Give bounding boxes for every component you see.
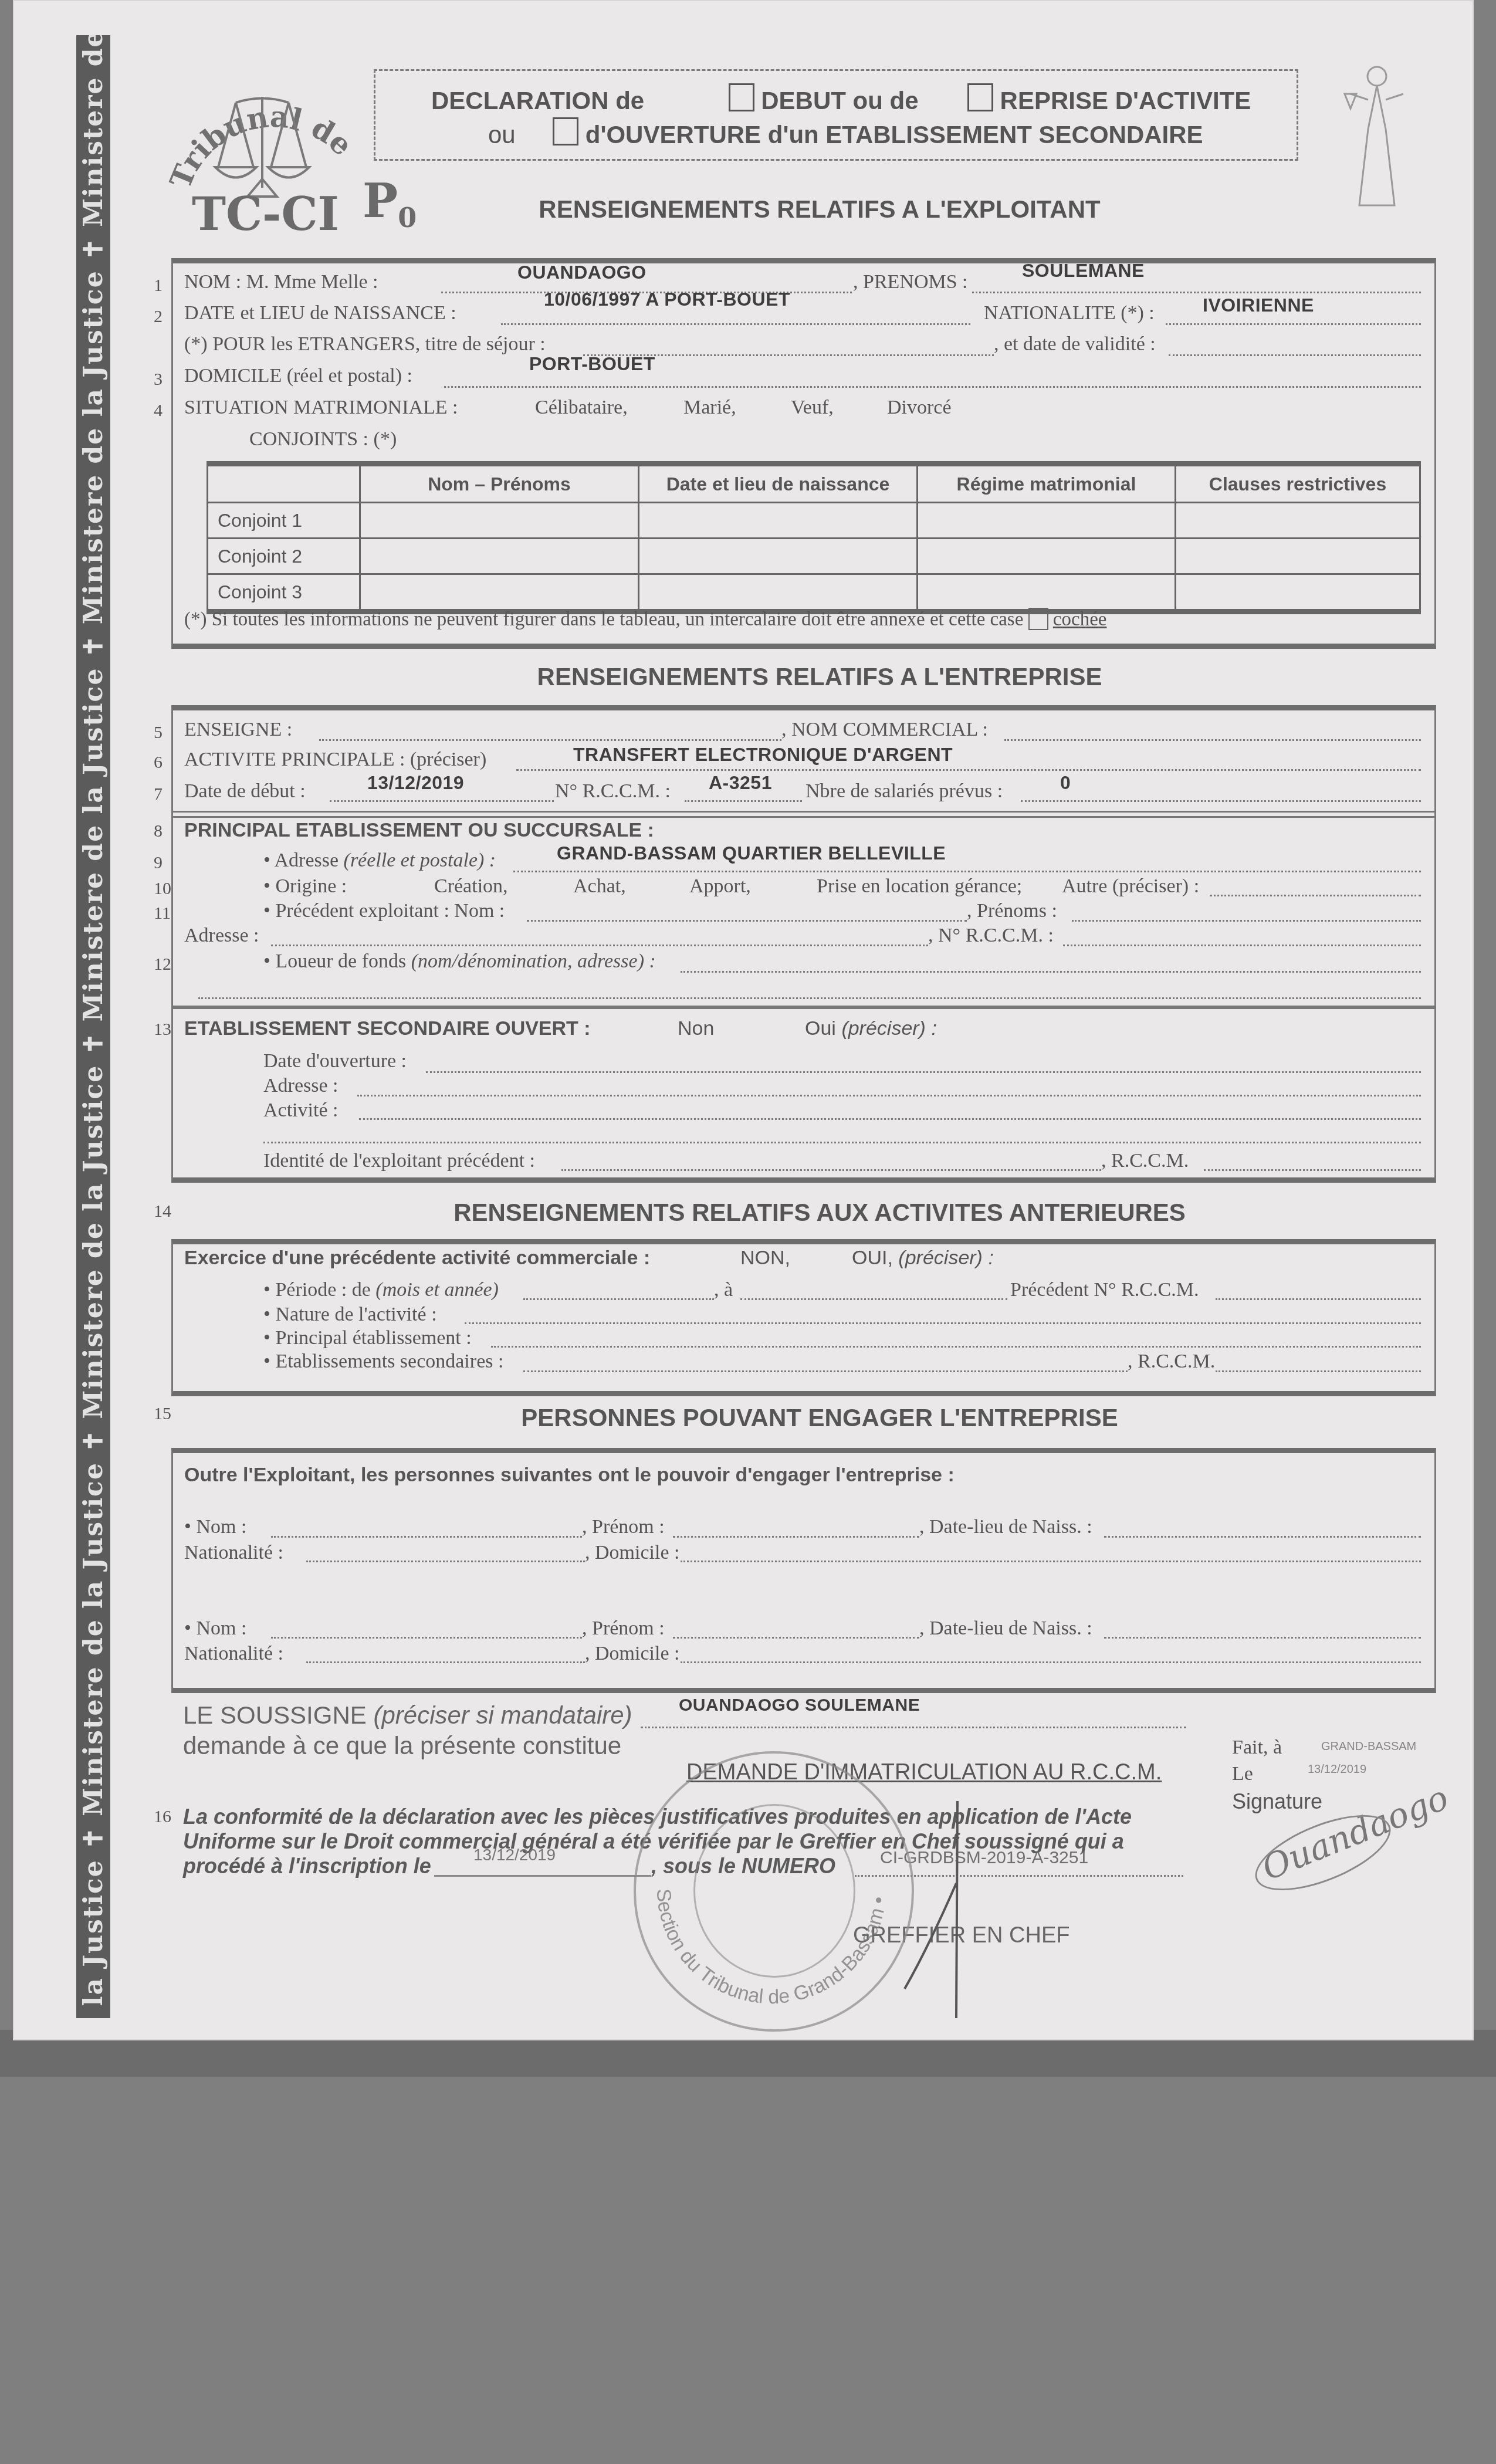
origine-location-gerance[interactable]: Prise en location gérance; [817,875,1022,898]
date-ouverture-field[interactable] [426,1071,1421,1073]
row-number: 14 [154,1201,171,1221]
declaration-or: ou [488,121,516,148]
option-marie[interactable]: Marié, [683,397,736,419]
row-number: 3 [154,370,163,390]
reprise-label: REPRISE D'ACTIVITE [1000,87,1251,114]
periode-a-field[interactable] [740,1298,1007,1300]
row-number: 6 [154,753,163,773]
principal-etab-field[interactable] [491,1346,1421,1348]
person2-nationalite-field[interactable] [306,1661,585,1663]
adresse3-label: Adresse : [263,1075,338,1097]
validite-label: , et date de validité : [994,333,1156,356]
origine-achat[interactable]: Achat, [573,875,626,898]
adresse2-label: Adresse : [184,925,259,947]
nationalite-label: NATIONALITE (*) : [984,302,1155,324]
person2-nom-label: • Nom : [184,1617,246,1640]
le-label: Le [1232,1763,1253,1785]
justice-statue-icon [1342,59,1412,211]
debut-label: DEBUT ou de [761,87,918,114]
secondaires-rccm-label: , R.C.C.M. [1128,1351,1215,1373]
identite-field[interactable] [561,1169,1101,1171]
nom-value: OUANDAOGO [517,262,647,283]
person2-naiss-field[interactable] [1104,1637,1421,1639]
date-ouverture-label: Date d'ouverture : [263,1050,407,1072]
rccm-value: A-3251 [709,772,772,794]
rccm2-field[interactable] [1063,945,1421,946]
section-title-exploitant: RENSEIGNEMENTS RELATIFS A L'EXPLOITANT [183,195,1456,224]
person2-nom-field[interactable] [271,1637,582,1639]
signature-label: Signature [1232,1789,1322,1814]
adresse3-field[interactable] [357,1095,1421,1096]
origine-label: • Origine : [263,875,347,898]
row-label: Conjoint 2 [208,539,360,574]
exercice-oui-hint: (préciser) : [898,1247,993,1269]
enseigne-field[interactable] [319,739,781,741]
row-number: 15 [154,1404,171,1424]
table-cell[interactable] [918,574,1176,612]
declaration-prefix: DECLARATION de [431,87,644,114]
table-row: Conjoint 1 [208,503,1420,539]
conjoints-footnote: (*) Si toutes les informations ne peuven… [184,608,1106,631]
inscription-date-field[interactable] [434,1875,651,1877]
option-celibataire[interactable]: Célibataire, [535,397,628,419]
table-row: Conjoint 2 [208,539,1420,574]
rccm3-field[interactable] [1204,1169,1421,1171]
svg-text:Tribunal de Commerce: Tribunal de Commerce [154,32,368,193]
inscription-date-value: 13/12/2019 [473,1846,556,1864]
periode-hint: (mois et année) [375,1279,499,1301]
adresse-label: • Adresse (réelle et postale) : [263,849,496,872]
person2-domicile-field[interactable] [681,1661,1421,1663]
row-number: 4 [154,401,163,421]
conformite-num: 16 [154,1807,171,1827]
conformite-line-3a: procédé à l'inscription le [183,1854,431,1879]
adresse-value: GRAND-BASSAM QUARTIER BELLEVILLE [557,842,946,864]
row-number: 7 [154,784,163,804]
table-cell[interactable] [639,539,918,574]
periode-a-label: , à [714,1279,733,1301]
table-cell[interactable] [918,503,1176,539]
periode-de-field[interactable] [523,1298,714,1300]
declaration-line-2: ou d'OUVERTURE d'un ETABLISSEMENT SECOND… [488,117,1203,149]
stamp-text-ring: Section du Tribunal de Grand-Bassam • LE… [634,1751,909,2027]
greffier-signature-icon [893,1795,1022,2030]
ouverture-checkbox[interactable] [553,117,578,145]
section-title-personnes: PERSONNES POUVANT ENGAGER L'ENTREPRISE [183,1404,1456,1432]
principal-etab-label: • Principal établissement : [263,1327,472,1349]
prenoms-field[interactable] [972,292,1421,293]
adresse2-field[interactable] [271,945,928,946]
table-header: Régime matrimonial [918,464,1176,503]
origine-creation[interactable]: Création, [434,875,508,898]
precedent-prenoms-label: , Prénoms : [967,900,1057,922]
table-cell[interactable] [639,574,918,612]
loueur-hint: (nom/dénomination, adresse) : [411,950,656,972]
person2-nationalite-label: Nationalité : [184,1643,283,1665]
row-number: 1 [154,276,163,296]
le-value: 13/12/2019 [1308,1763,1366,1776]
nom-commercial-label: , NOM COMMERCIAL : [781,719,988,741]
person2-naiss-label: , Date-lieu de Naiss. : [919,1617,1092,1640]
document-page: Ministere de la Justice ✝ Ministere de l… [13,0,1474,2040]
declaration-line-1: DECLARATION de DEBUT ou de REPRISE D'ACT… [431,83,1251,115]
soussigne-field[interactable] [641,1727,1186,1728]
salaries-field[interactable] [1021,800,1421,802]
prenoms-label: , PRENOMS : [853,271,968,293]
demande-line: demande à ce que la présente constitue [183,1732,621,1760]
section-title-anterieures: RENSEIGNEMENTS RELATIFS AUX ACTIVITES AN… [183,1199,1456,1227]
table-header: Date et lieu de naissance [639,464,918,503]
soussigne-hint: (préciser si mandataire) [373,1701,632,1729]
fait-value: GRAND-BASSAM [1321,1740,1416,1754]
person1-domicile-label: , Domicile : [585,1542,679,1564]
table-cell[interactable] [360,503,639,539]
ministry-banner-text: Ministere de la Justice ✝ Ministere de l… [79,35,109,2018]
table-cell[interactable] [639,503,918,539]
table-cell[interactable] [1176,539,1420,574]
person2-prenom-field[interactable] [673,1637,919,1639]
domicile-value: PORT-BOUET [529,353,655,375]
loueur-field[interactable] [681,971,1421,973]
nature-label: • Nature de l'activité : [263,1304,437,1326]
date-debut-field[interactable] [330,800,554,802]
rccm-field[interactable] [685,800,802,802]
debut-checkbox[interactable] [729,83,754,111]
soussigne-line: LE SOUSSIGNE (préciser si mandataire) [183,1701,632,1729]
person1-naiss-label: , Date-lieu de Naiss. : [919,1516,1092,1538]
matrimoniale-label: SITUATION MATRIMONIALE : [184,397,458,419]
origine-autre[interactable]: Autre (préciser) : [1062,875,1199,898]
secondaire-oui[interactable]: Oui (préciser) : [805,1017,937,1040]
nationalite-value: IVOIRIENNE [1203,295,1314,316]
origine-apport[interactable]: Apport, [689,875,751,898]
person1-naiss-field[interactable] [1104,1536,1421,1538]
person1-prenom-label: , Prénom : [582,1516,665,1538]
option-divorce[interactable]: Divorcé [887,397,952,419]
reprise-checkbox[interactable] [967,83,993,111]
table-cell[interactable] [1176,503,1420,539]
exercice-oui[interactable]: OUI, (préciser) : [852,1247,994,1270]
validite-field[interactable] [1169,354,1421,356]
conjoints-label: CONJOINTS : (*) [249,428,397,451]
activite2-field-2[interactable] [263,1142,1421,1143]
table-header [208,464,360,503]
activite-value: TRANSFERT ELECTRONIQUE D'ARGENT [573,744,953,766]
row-label: Conjoint 1 [208,503,360,539]
ministry-banner: Ministere de la Justice ✝ Ministere de l… [76,35,110,2018]
fait-label: Fait, à [1232,1737,1282,1759]
domicile-field[interactable] [444,386,1421,388]
secondaires-field[interactable] [523,1370,1128,1372]
personnes-intro: Outre l'Exploitant, les personnes suivan… [184,1464,955,1487]
periode-text: • Période : de [263,1279,371,1301]
exercice-label: Exercice d'une précédente activité comme… [184,1247,650,1270]
person1-domicile-field[interactable] [681,1561,1421,1562]
date-debut-value: 13/12/2019 [367,772,464,794]
nom-label: NOM : M. Mme Melle : [184,271,378,293]
periode-label: • Période : de (mois et année) [263,1279,499,1301]
row-number: 8 [154,821,163,841]
footnote-end: cochée [1053,609,1107,630]
salaries-value: 0 [1060,772,1071,794]
sejour-label: (*) POUR les ETRANGERS, titre de séjour … [184,333,546,356]
table-cell[interactable] [360,574,639,612]
activite-field[interactable] [516,769,1421,771]
table-cell[interactable] [1176,574,1420,612]
svg-text:Section du Tribunal de Grand-B: Section du Tribunal de Grand-Bassam • LE… [634,1751,891,2008]
person2-domicile-label: , Domicile : [585,1643,679,1665]
rccm3-label: , R.C.C.M. [1101,1150,1189,1172]
conjoints-table: Nom – Prénoms Date et lieu de naissance … [207,461,1421,614]
person2-prenom-label: , Prénom : [582,1617,665,1640]
row-number: 12 [154,955,171,974]
precedent-label: • Précédent exploitant : Nom : [263,900,505,922]
prenoms-value: SOULEMANE [1022,260,1145,282]
precedent-rccm-field[interactable] [1216,1298,1421,1300]
principal-title: PRINCIPAL ETABLISSEMENT OU SUCCURSALE : [184,819,654,842]
secondaires-rccm-field[interactable] [1216,1370,1421,1372]
exercice-oui-text: OUI, [852,1247,893,1269]
secondaire-oui-hint: (préciser) : [841,1017,936,1040]
nature-field[interactable] [465,1322,1421,1324]
soussigne-value: OUANDAOGO SOULEMANE [679,1695,920,1715]
person1-nom-label: • Nom : [184,1516,246,1538]
table-header: Clauses restrictives [1176,464,1420,503]
naissance-label: DATE et LIEU de NAISSANCE : [184,302,456,324]
row-number: 13 [154,1020,171,1040]
row-number: 5 [154,723,163,743]
row-number: 2 [154,307,163,327]
domicile-label: DOMICILE (réel et postal) : [184,365,412,387]
loueur-label: • Loueur de fonds (nom/dénomination, adr… [263,950,656,973]
table-header: Nom – Prénoms [360,464,639,503]
option-veuf[interactable]: Veuf, [791,397,834,419]
activite2-label: Activité : [263,1099,338,1122]
adresse-field[interactable] [513,871,1421,872]
adresse-label-text: • Adresse [263,849,339,871]
soussigne-label: LE SOUSSIGNE [183,1701,367,1729]
table-cell[interactable] [918,539,1176,574]
row-number: 10 [154,879,171,899]
person1-prenom-field[interactable] [673,1536,919,1538]
nationalite-field[interactable] [1166,323,1421,325]
rccm2-label: , N° R.C.C.M. : [928,925,1054,947]
precedent-rccm-label: Précédent N° R.C.C.M. [1010,1279,1199,1301]
secondaire-title: ETABLISSEMENT SECONDAIRE OUVERT : [184,1017,591,1040]
secondaire-oui-text: Oui [805,1017,836,1040]
secondaire-non[interactable]: Non [678,1017,714,1040]
ouverture-label: d'OUVERTURE d'un ETABLISSEMENT SECONDAIR… [585,121,1203,148]
activite-label: ACTIVITE PRINCIPALE : (préciser) [184,749,486,771]
row-label: Conjoint 3 [208,574,360,612]
secondaires-label: • Etablissements secondaires : [263,1351,503,1373]
precedent-nom-field[interactable] [527,920,967,922]
rccm-label: N° R.C.C.M. : [555,780,671,803]
person1-nationalite-label: Nationalité : [184,1542,283,1564]
table-row: Conjoint 3 [208,574,1420,612]
person1-nom-field[interactable] [271,1536,582,1538]
loueur-field-2[interactable] [198,997,1421,999]
section-title-entreprise: RENSEIGNEMENTS RELATIFS A L'ENTREPRISE [183,663,1456,691]
loueur-label-text: • Loueur de fonds [263,950,406,972]
row-number: 9 [154,853,163,873]
table-header-row: Nom – Prénoms Date et lieu de naissance … [208,464,1420,503]
naissance-field[interactable] [501,323,970,325]
date-debut-label: Date de début : [184,780,306,803]
origine-autre-field[interactable] [1210,895,1421,896]
precedent-prenoms-field[interactable] [1072,920,1421,922]
activite2-field[interactable] [359,1118,1421,1120]
person1-nationalite-field[interactable] [306,1561,585,1562]
identite-label: Identité de l'exploitant précédent : [263,1150,535,1172]
row-number: 11 [154,903,171,923]
enseigne-label: ENSEIGNE : [184,719,292,741]
table-cell[interactable] [360,539,639,574]
intercalaire-checkbox[interactable] [1028,608,1048,630]
naissance-value: 10/06/1997 A PORT-BOUET [544,289,790,310]
adresse-hint: (réelle et postale) : [344,849,496,871]
exercice-non[interactable]: NON, [740,1247,790,1270]
footnote-text: (*) Si toutes les informations ne peuven… [184,609,1023,630]
nom-commercial-field[interactable] [1004,739,1421,741]
salaries-label: Nbre de salariés prévus : [805,780,1003,803]
